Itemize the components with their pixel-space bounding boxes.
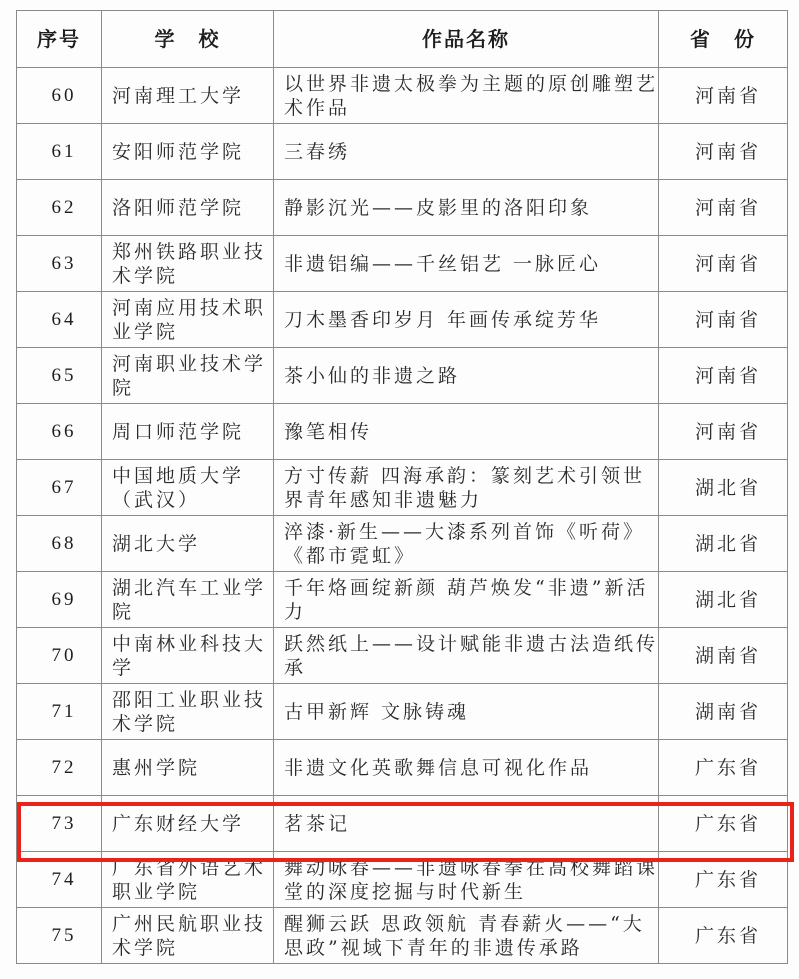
row-province: 河南省 <box>659 292 788 348</box>
row-province: 河南省 <box>659 236 788 292</box>
header-work: 作品名称 <box>274 11 659 68</box>
table-row: 61 安阳师范学院 三春绣 河南省 <box>17 124 788 180</box>
row-school: 广东省外语艺术职业学院 <box>102 852 274 908</box>
table-row: 62 洛阳师范学院 静影沉光——皮影里的洛阳印象 河南省 <box>17 180 788 236</box>
header-school: 学 校 <box>102 11 274 68</box>
row-school: 河南应用技术职业学院 <box>102 292 274 348</box>
row-index: 65 <box>17 348 102 404</box>
row-index: 70 <box>17 628 102 684</box>
row-index: 68 <box>17 516 102 572</box>
row-index: 62 <box>17 180 102 236</box>
row-work: 茗茶记 <box>274 796 659 852</box>
table-row: 63 郑州铁路职业技术学院 非遗铝编——千丝铝艺 一脉匠心 河南省 <box>17 236 788 292</box>
table-row: 64 河南应用技术职业学院 刀木墨香印岁月 年画传承绽芳华 河南省 <box>17 292 788 348</box>
row-province: 湖南省 <box>659 684 788 740</box>
row-province: 河南省 <box>659 404 788 460</box>
row-province: 河南省 <box>659 348 788 404</box>
row-province: 河南省 <box>659 68 788 124</box>
row-index: 64 <box>17 292 102 348</box>
row-work: 以世界非遗太极拳为主题的原创雕塑艺术作品 <box>274 68 659 124</box>
row-index: 69 <box>17 572 102 628</box>
row-work: 淬漆·新生——大漆系列首饰《听荷》《都市霓虹》 <box>274 516 659 572</box>
row-school: 郑州铁路职业技术学院 <box>102 236 274 292</box>
row-work: 三春绣 <box>274 124 659 180</box>
row-province: 广东省 <box>659 740 788 796</box>
row-school: 洛阳师范学院 <box>102 180 274 236</box>
row-work: 醒狮云跃 思政领航 青春薪火——“大思政”视域下青年的非遗传承路 <box>274 908 659 964</box>
row-work: 茶小仙的非遗之路 <box>274 348 659 404</box>
awards-table: 序号 学 校 作品名称 省 份 60 河南理工大学 以世界非遗太极拳为主题的原创… <box>16 10 788 964</box>
row-work: 豫笔相传 <box>274 404 659 460</box>
row-school: 中南林业科技大学 <box>102 628 274 684</box>
table-header-row: 序号 学 校 作品名称 省 份 <box>17 11 788 68</box>
table-row: 72 惠州学院 非遗文化英歌舞信息可视化作品 广东省 <box>17 740 788 796</box>
document-page: 序号 学 校 作品名称 省 份 60 河南理工大学 以世界非遗太极拳为主题的原创… <box>0 0 799 979</box>
row-index: 63 <box>17 236 102 292</box>
row-work: 静影沉光——皮影里的洛阳印象 <box>274 180 659 236</box>
row-school: 广东财经大学 <box>102 796 274 852</box>
row-school: 河南理工大学 <box>102 68 274 124</box>
row-province: 湖北省 <box>659 516 788 572</box>
table-row: 65 河南职业技术学院 茶小仙的非遗之路 河南省 <box>17 348 788 404</box>
row-index: 75 <box>17 908 102 964</box>
row-work: 非遗文化英歌舞信息可视化作品 <box>274 740 659 796</box>
table-row: 60 河南理工大学 以世界非遗太极拳为主题的原创雕塑艺术作品 河南省 <box>17 68 788 124</box>
row-province: 湖南省 <box>659 628 788 684</box>
row-work: 方寸传薪 四海承韵：篆刻艺术引领世界青年感知非遗魅力 <box>274 460 659 516</box>
row-index: 74 <box>17 852 102 908</box>
row-index: 71 <box>17 684 102 740</box>
table-row: 71 邵阳工业职业技术学院 古甲新辉 文脉铸魂 湖南省 <box>17 684 788 740</box>
row-school: 河南职业技术学院 <box>102 348 274 404</box>
row-work: 古甲新辉 文脉铸魂 <box>274 684 659 740</box>
row-school: 安阳师范学院 <box>102 124 274 180</box>
row-school: 邵阳工业职业技术学院 <box>102 684 274 740</box>
table-row-highlighted: 73 广东财经大学 茗茶记 广东省 <box>17 796 788 852</box>
row-index: 66 <box>17 404 102 460</box>
table-row: 75 广州民航职业技术学院 醒狮云跃 思政领航 青春薪火——“大思政”视域下青年… <box>17 908 788 964</box>
row-index: 60 <box>17 68 102 124</box>
table-row: 66 周口师范学院 豫笔相传 河南省 <box>17 404 788 460</box>
table-row: 70 中南林业科技大学 跃然纸上——设计赋能非遗古法造纸传承 湖南省 <box>17 628 788 684</box>
row-work: 跃然纸上——设计赋能非遗古法造纸传承 <box>274 628 659 684</box>
row-province: 湖北省 <box>659 460 788 516</box>
row-index: 61 <box>17 124 102 180</box>
row-school: 湖北汽车工业学院 <box>102 572 274 628</box>
row-index: 67 <box>17 460 102 516</box>
row-school: 广州民航职业技术学院 <box>102 908 274 964</box>
row-school: 周口师范学院 <box>102 404 274 460</box>
row-work: 刀木墨香印岁月 年画传承绽芳华 <box>274 292 659 348</box>
row-index: 73 <box>17 796 102 852</box>
row-work: 千年烙画绽新颜 葫芦焕发“非遗”新活力 <box>274 572 659 628</box>
header-index: 序号 <box>17 11 102 68</box>
row-province: 广东省 <box>659 796 788 852</box>
row-school: 惠州学院 <box>102 740 274 796</box>
row-school: 中国地质大学（武汉） <box>102 460 274 516</box>
row-province: 湖北省 <box>659 572 788 628</box>
table-row: 74 广东省外语艺术职业学院 舞动咏春——非遗咏春拳在高校舞蹈课堂的深度挖掘与时… <box>17 852 788 908</box>
table-row: 69 湖北汽车工业学院 千年烙画绽新颜 葫芦焕发“非遗”新活力 湖北省 <box>17 572 788 628</box>
row-work: 舞动咏春——非遗咏春拳在高校舞蹈课堂的深度挖掘与时代新生 <box>274 852 659 908</box>
row-province: 河南省 <box>659 180 788 236</box>
header-province: 省 份 <box>659 11 788 68</box>
row-index: 72 <box>17 740 102 796</box>
row-province: 河南省 <box>659 124 788 180</box>
row-work: 非遗铝编——千丝铝艺 一脉匠心 <box>274 236 659 292</box>
row-province: 广东省 <box>659 852 788 908</box>
row-school: 湖北大学 <box>102 516 274 572</box>
table-row: 68 湖北大学 淬漆·新生——大漆系列首饰《听荷》《都市霓虹》 湖北省 <box>17 516 788 572</box>
table-row: 67 中国地质大学（武汉） 方寸传薪 四海承韵：篆刻艺术引领世界青年感知非遗魅力… <box>17 460 788 516</box>
row-province: 广东省 <box>659 908 788 964</box>
